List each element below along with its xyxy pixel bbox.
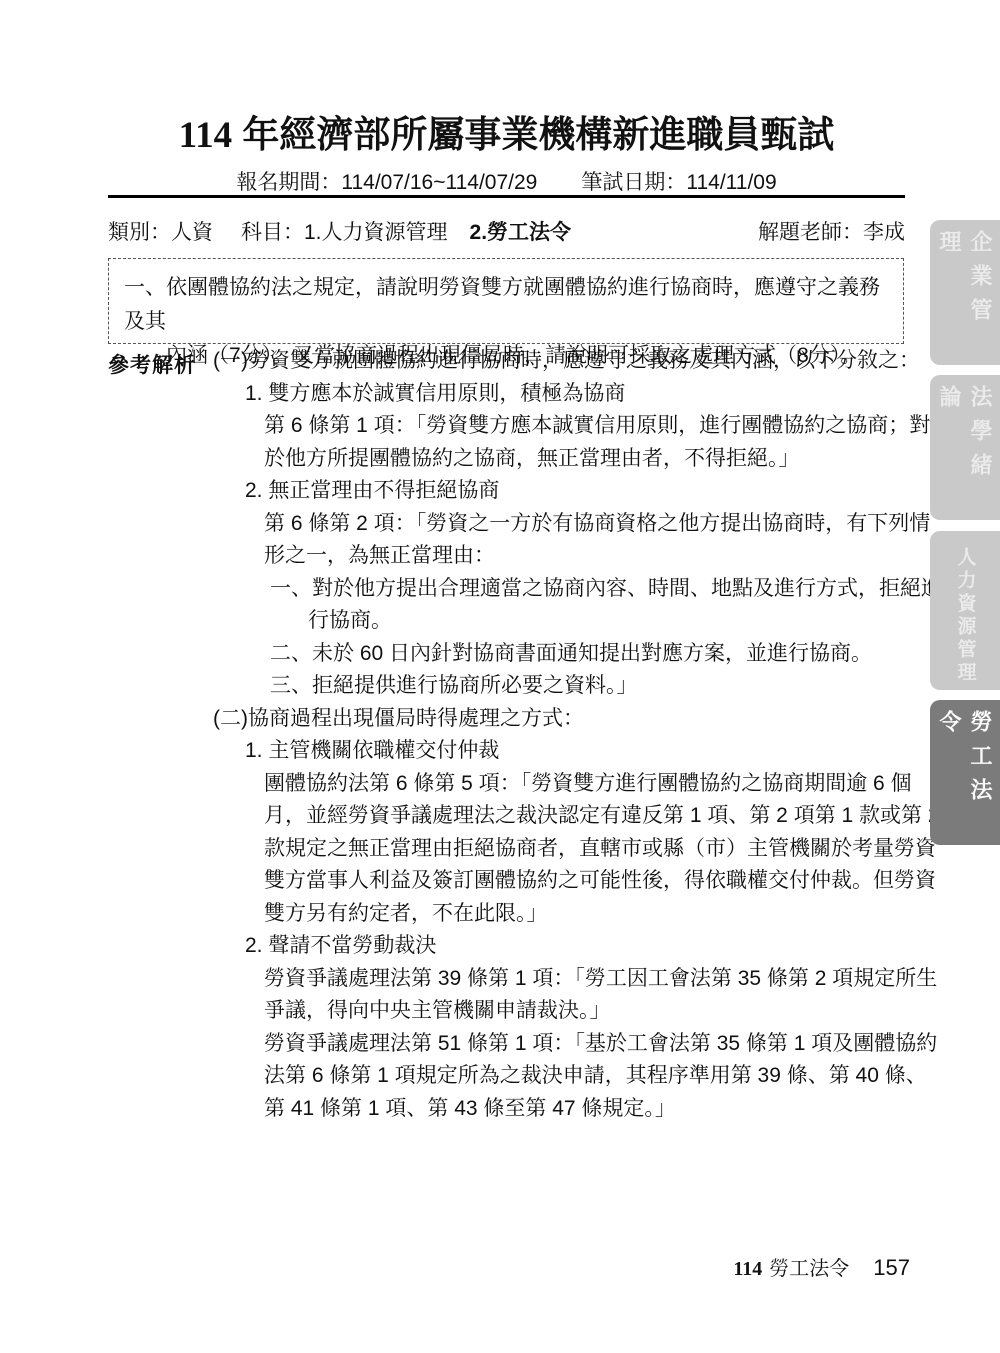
- exam-date: 筆試日期：114/11/09: [581, 166, 776, 196]
- category-label: 類別：人資: [108, 216, 213, 246]
- solution-line: 月，並經勞資爭議處理法之裁決認定有違反第 1 項、第 2 項第 1 款或第 2: [264, 800, 918, 833]
- solution-line: (一)勞資雙方就團體協約進行協商時，應遵守之義務及其內涵，以下分敘之：: [213, 345, 918, 378]
- header-divider: [108, 195, 905, 198]
- solution-line: 二、未於 60 日內針對協商書面通知提出對應方案，並進行協商。: [270, 638, 918, 671]
- question-box: 一、依團體協約法之規定，請說明勞資雙方就團體協約進行協商時，應遵守之義務及其 內…: [108, 258, 904, 344]
- solution-line: 雙方當事人利益及簽訂團體協約之可能性後，得依職權交付仲裁。但勞資: [264, 865, 918, 898]
- solution-line: 爭議，得向中央主管機關申請裁決。」: [264, 995, 918, 1028]
- solution-line: 1. 雙方應本於誠實信用原則，積極為協商: [245, 378, 918, 411]
- solution-line: 第 41 條第 1 項、第 43 條至第 47 條規定。」: [264, 1093, 918, 1126]
- solution-line: 三、拒絕提供進行協商所必要之資料。」: [270, 670, 918, 703]
- page-footer: 114 勞工法令 157: [733, 1252, 910, 1281]
- side-index-tab: 勞工法令: [930, 700, 1000, 845]
- subject2-label: 2.勞工法令: [470, 216, 572, 246]
- solution-line: 團體協約法第 6 條第 5 項：「勞資雙方進行團體協約之協商期間逾 6 個: [264, 768, 918, 801]
- teacher-label: 解題老師：李成: [758, 216, 905, 246]
- solution-line: 雙方另有約定者，不在此限。」: [264, 898, 918, 931]
- solution-line: 款規定之無正當理由拒絕協商者，直轄市或縣（市）主管機關於考量勞資: [264, 833, 918, 866]
- side-index-tab: 法學緒論: [930, 375, 1000, 520]
- solution-line: 勞資爭議處理法第 51 條第 1 項：「基於工會法第 35 條第 1 項及團體協…: [264, 1028, 918, 1061]
- solution-label: 參考解析: [108, 349, 196, 379]
- meta-row: 類別：人資 科目：1.人力資源管理 2.勞工法令 解題老師：李成: [108, 216, 905, 246]
- document-page: 114 年經濟部所屬事業機構新進職員甄試 報名期間：114/07/16~114/…: [0, 0, 1000, 1353]
- side-index-tab: 企業管理: [930, 220, 1000, 365]
- solution-line: 勞資爭議處理法第 39 條第 1 項：「勞工因工會法第 35 條第 2 項規定所…: [264, 963, 918, 996]
- footer-book-year: 114: [733, 1258, 762, 1281]
- solution-line: 行協商。: [308, 605, 918, 638]
- solution-line: (二)協商過程出現僵局時得處理之方式：: [213, 703, 918, 736]
- solution-line: 法第 6 條第 1 項規定所為之裁決申請，其程序準用第 39 條、第 40 條、: [264, 1060, 918, 1093]
- solution-line: 第 6 條第 1 項：「勞資雙方應本誠實信用原則，進行團體協約之協商；對: [264, 410, 918, 443]
- solution-line: 一、對於他方提出合理適當之協商內容、時間、地點及進行方式，拒絕進: [270, 573, 918, 606]
- report-period: 報名期間：114/07/16~114/07/29: [236, 166, 537, 196]
- title-year: 114: [179, 115, 232, 156]
- side-index-tab: 人力資源管理: [930, 531, 1000, 690]
- solution-line: 1. 主管機關依職權交付仲裁: [245, 735, 918, 768]
- solution-line: 於他方所提團體協約之協商，無正當理由者，不得拒絕。」: [264, 443, 918, 476]
- page-title: 114 年經濟部所屬事業機構新進職員甄試: [108, 104, 905, 158]
- footer-book-title: 勞工法令: [769, 1252, 849, 1281]
- solution-line: 形之一，為無正當理由：: [264, 540, 918, 573]
- subject-label: 科目：1.人力資源管理: [241, 216, 448, 246]
- title-text: 年經濟部所屬事業機構新進職員甄試: [232, 114, 834, 155]
- side-index: 企業管理 法學緒論 人力資源管理 勞工法令: [930, 0, 1000, 1353]
- solution-line: 第 6 條第 2 項：「勞資之一方於有協商資格之他方提出協商時，有下列情: [264, 508, 918, 541]
- question-line: 一、依團體協約法之規定，請說明勞資雙方就團體協約進行協商時，應遵守之義務及其: [124, 271, 889, 339]
- solution-content: (一)勞資雙方就團體協約進行協商時，應遵守之義務及其內涵，以下分敘之： 1. 雙…: [213, 345, 918, 1125]
- page-number: 157: [873, 1255, 910, 1281]
- exam-dates: 報名期間：114/07/16~114/07/29 筆試日期：114/11/09: [108, 166, 905, 196]
- solution-line: 2. 無正當理由不得拒絕協商: [245, 475, 918, 508]
- solution-line: 2. 聲請不當勞動裁決: [245, 930, 918, 963]
